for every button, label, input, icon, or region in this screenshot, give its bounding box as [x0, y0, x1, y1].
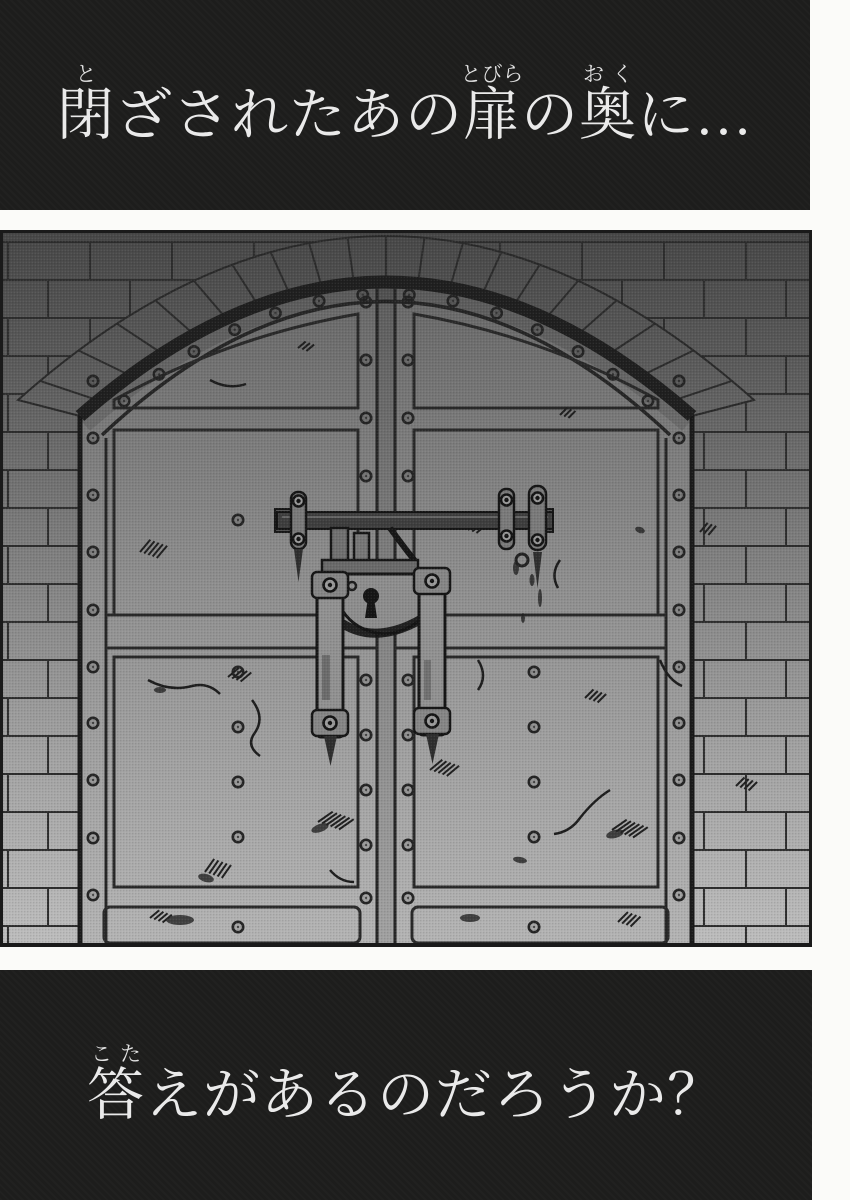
door-panel-illustration	[0, 230, 812, 947]
text-segment: えがあるのだろうか？	[145, 1064, 725, 1127]
ruby-segment: 答こた	[87, 1064, 145, 1127]
ruby-segment: 閉と	[57, 84, 115, 147]
ruby-segment: 扉とびら	[463, 84, 521, 147]
door-illustration-svg	[0, 230, 812, 947]
top-caption-text: 閉とざされたあの扉とびらの奥おくに…	[57, 62, 753, 148]
top-caption-band: 閉とざされたあの扉とびらの奥おくに…	[0, 0, 810, 210]
text-segment: ざされたあの	[115, 84, 463, 147]
text-segment: の	[521, 84, 579, 147]
ruby-segment: 奥おく	[579, 84, 637, 147]
bottom-caption-text: 答こたえがあるのだろうか？	[87, 1042, 725, 1128]
bottom-caption-band: 答こたえがあるのだろうか？	[0, 970, 812, 1200]
manga-page: 閉とざされたあの扉とびらの奥おくに…	[0, 0, 850, 1200]
text-segment: に…	[637, 84, 753, 147]
halftone-grain-overlay	[0, 230, 812, 947]
